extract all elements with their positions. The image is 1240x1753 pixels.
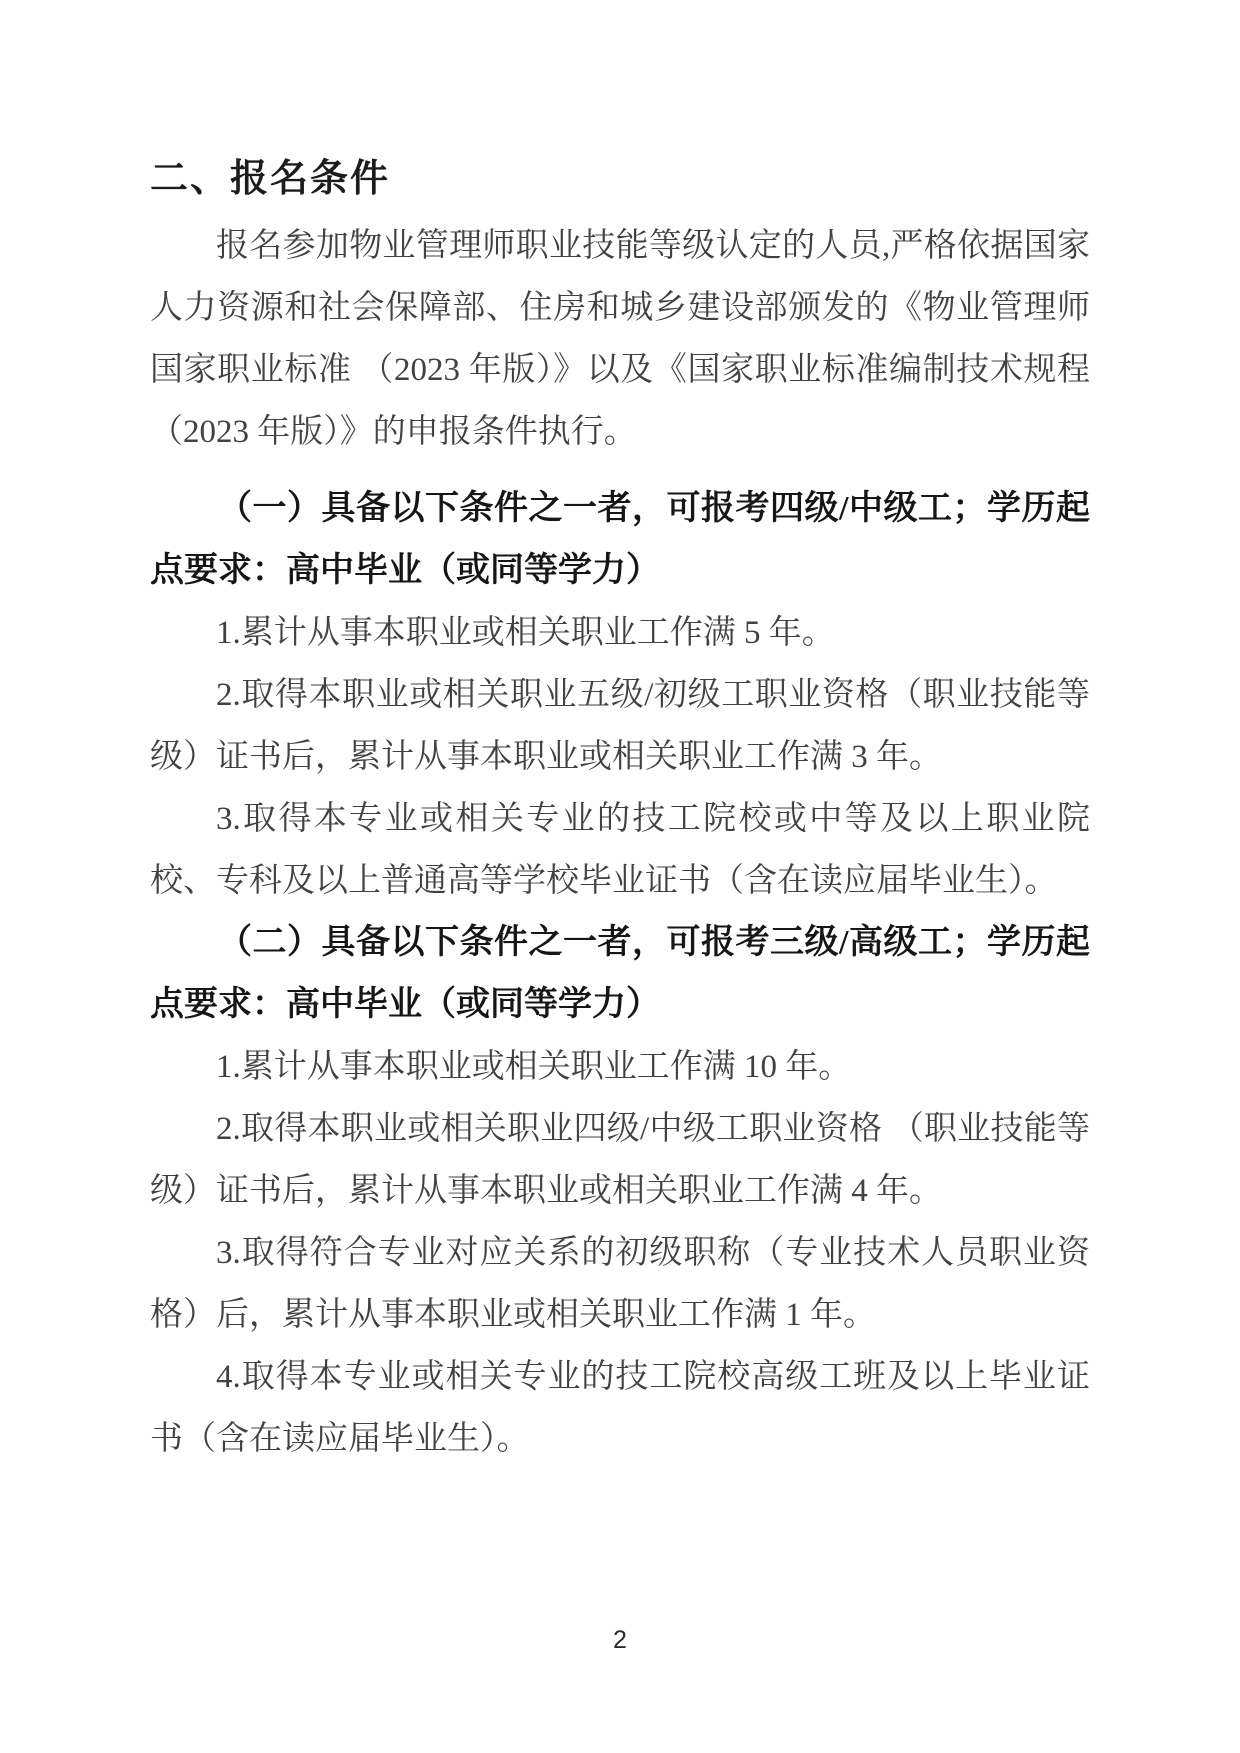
intro-paragraph: 报名参加物业管理师职业技能等级认定的人员,严格依据国家人力资源和社会保障部、住房… (150, 215, 1090, 463)
subsection-1-item-3: 3.取得本专业或相关专业的技工院校或中等及以上职业院校、专科及以上普通高等学校毕… (150, 788, 1090, 912)
subsection-1-item-1: 1.累计从事本职业或相关职业工作满 5 年。 (150, 602, 1090, 664)
document-content: 二、报名条件 报名参加物业管理师职业技能等级认定的人员,严格依据国家人力资源和社… (150, 148, 1090, 1470)
subsection-2-item-2: 2.取得本职业或相关职业四级/中级工职业资格 （职业技能等级）证书后，累计从事本… (150, 1098, 1090, 1222)
subsection-1-heading: （一）具备以下条件之一者，可报考四级/中级工；学历起点要求：高中毕业（或同等学力… (150, 478, 1090, 602)
page-number: 2 (0, 1625, 1240, 1655)
subsection-2-item-1: 1.累计从事本职业或相关职业工作满 10 年。 (150, 1036, 1090, 1098)
subsection-2-heading: （二）具备以下条件之一者，可报考三级/高级工；学历起点要求：高中毕业（或同等学力… (150, 912, 1090, 1036)
subsection-1-item-2: 2.取得本职业或相关职业五级/初级工职业资格（职业技能等级）证书后，累计从事本职… (150, 664, 1090, 788)
section-title: 二、报名条件 (150, 148, 1090, 210)
subsection-2-item-3: 3.取得符合专业对应关系的初级职称（专业技术人员职业资格）后，累计从事本职业或相… (150, 1222, 1090, 1346)
document-page: 二、报名条件 报名参加物业管理师职业技能等级认定的人员,严格依据国家人力资源和社… (0, 0, 1240, 1753)
subsection-2-item-4: 4.取得本专业或相关专业的技工院校高级工班及以上毕业证书（含在读应届毕业生）。 (150, 1346, 1090, 1470)
